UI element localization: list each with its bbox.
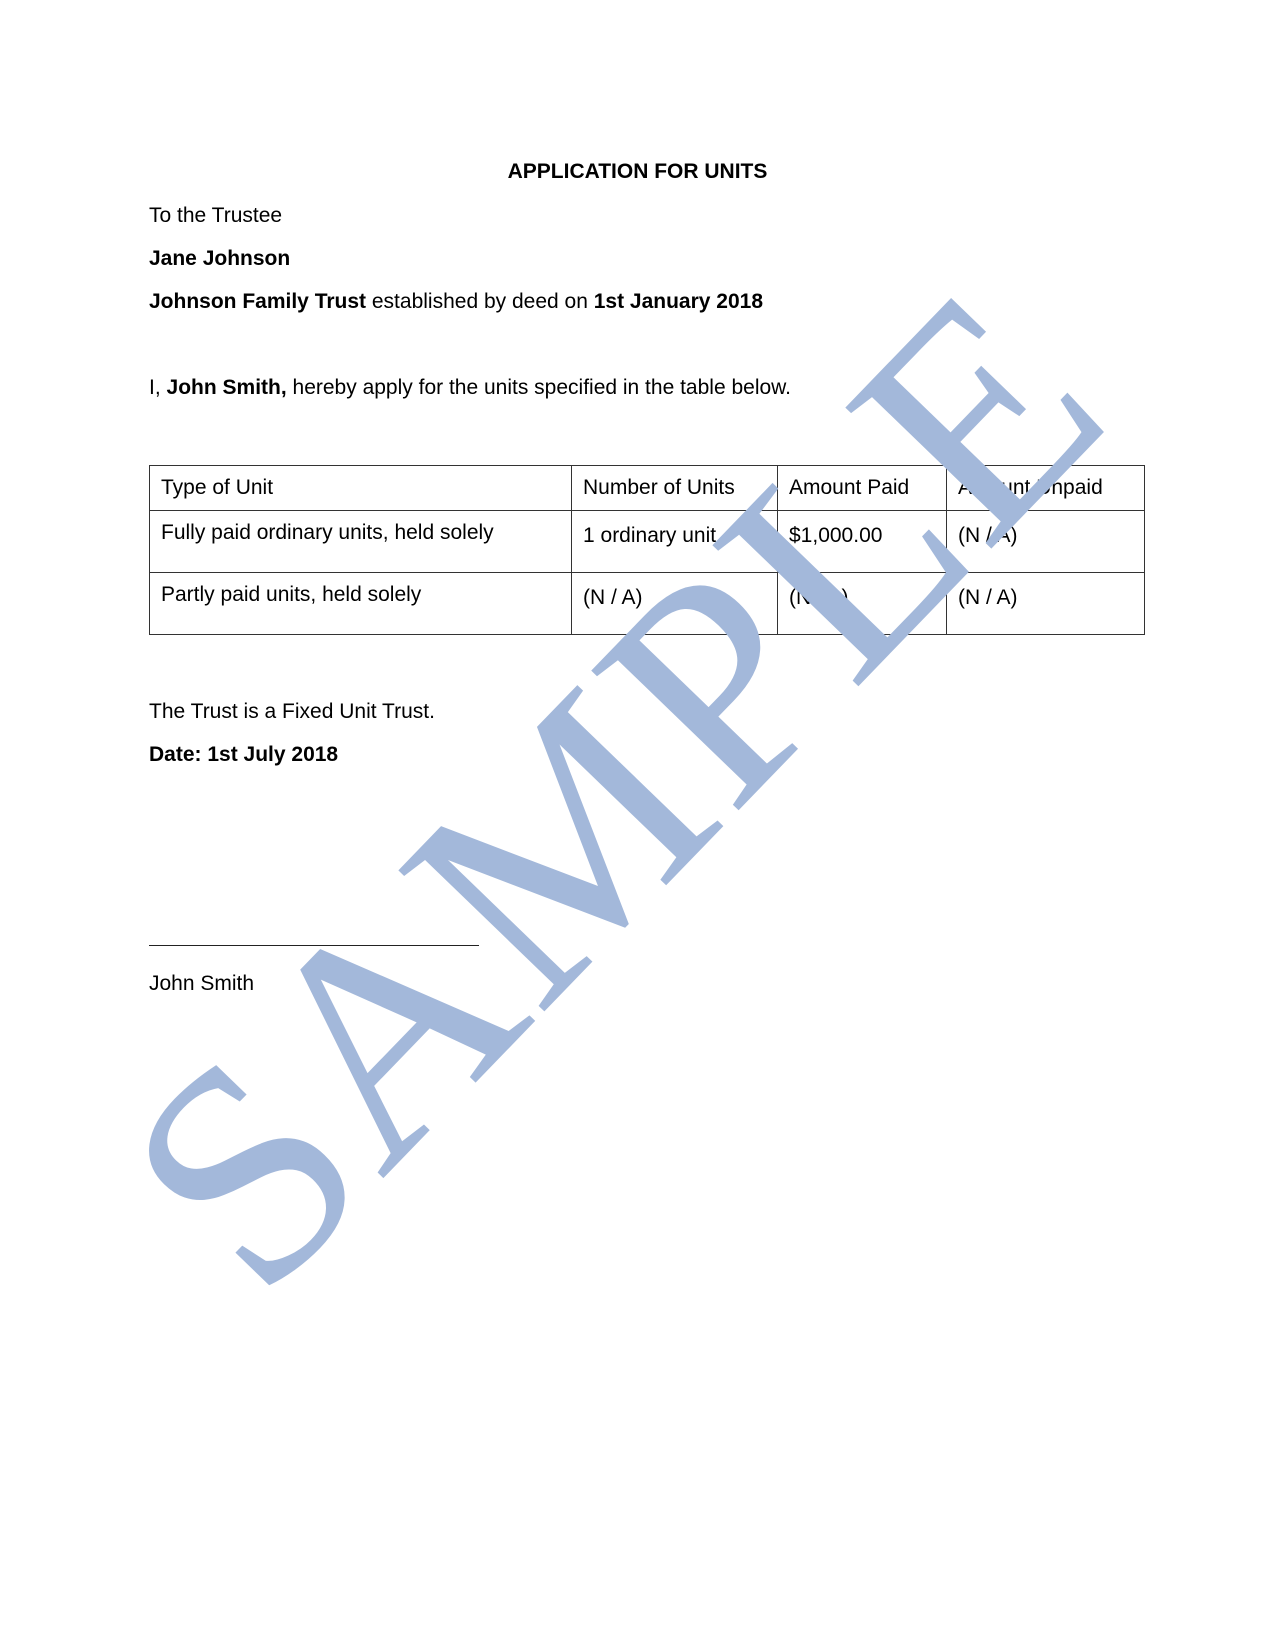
document-title: APPLICATION FOR UNITS: [0, 160, 1275, 184]
signatory-name: John Smith: [149, 972, 254, 996]
sample-watermark: SAMPLE: [75, 238, 1156, 1342]
deed-date: 1st January 2018: [594, 290, 763, 313]
cell-type: Fully paid ordinary units, held solely: [150, 511, 572, 573]
header-number-of-units: Number of Units: [572, 466, 778, 511]
cell-amount-paid: $1,000.00: [778, 511, 947, 573]
trust-line: Johnson Family Trust established by deed…: [149, 290, 763, 314]
cell-number: (N / A): [572, 573, 778, 635]
application-prefix: I,: [149, 376, 167, 399]
application-date: Date: 1st July 2018: [149, 743, 338, 767]
header-amount-unpaid: Amount Unpaid: [947, 466, 1145, 511]
table-row: Partly paid units, held solely (N / A) (…: [150, 573, 1145, 635]
document-page: APPLICATION FOR UNITS To the Trustee Jan…: [0, 0, 1275, 1650]
application-suffix: hereby apply for the units specified in …: [287, 376, 791, 399]
signature-line: [149, 945, 479, 946]
application-statement: I, John Smith, hereby apply for the unit…: [149, 376, 791, 400]
trustee-name: Jane Johnson: [149, 247, 290, 271]
applicant-name: John Smith,: [167, 376, 287, 399]
units-table: Type of Unit Number of Units Amount Paid…: [149, 465, 1145, 635]
trust-line-middle: established by deed on: [366, 290, 594, 313]
header-amount-paid: Amount Paid: [778, 466, 947, 511]
cell-amount-unpaid: (N / A): [947, 511, 1145, 573]
addressee: To the Trustee: [149, 204, 282, 228]
header-type-of-unit: Type of Unit: [150, 466, 572, 511]
table-header-row: Type of Unit Number of Units Amount Paid…: [150, 466, 1145, 511]
cell-type: Partly paid units, held solely: [150, 573, 572, 635]
trust-type-statement: The Trust is a Fixed Unit Trust.: [149, 700, 435, 724]
trust-name: Johnson Family Trust: [149, 290, 366, 313]
cell-number: 1 ordinary unit: [572, 511, 778, 573]
cell-amount-unpaid: (N / A): [947, 573, 1145, 635]
table-row: Fully paid ordinary units, held solely 1…: [150, 511, 1145, 573]
cell-amount-paid: (N / A): [778, 573, 947, 635]
